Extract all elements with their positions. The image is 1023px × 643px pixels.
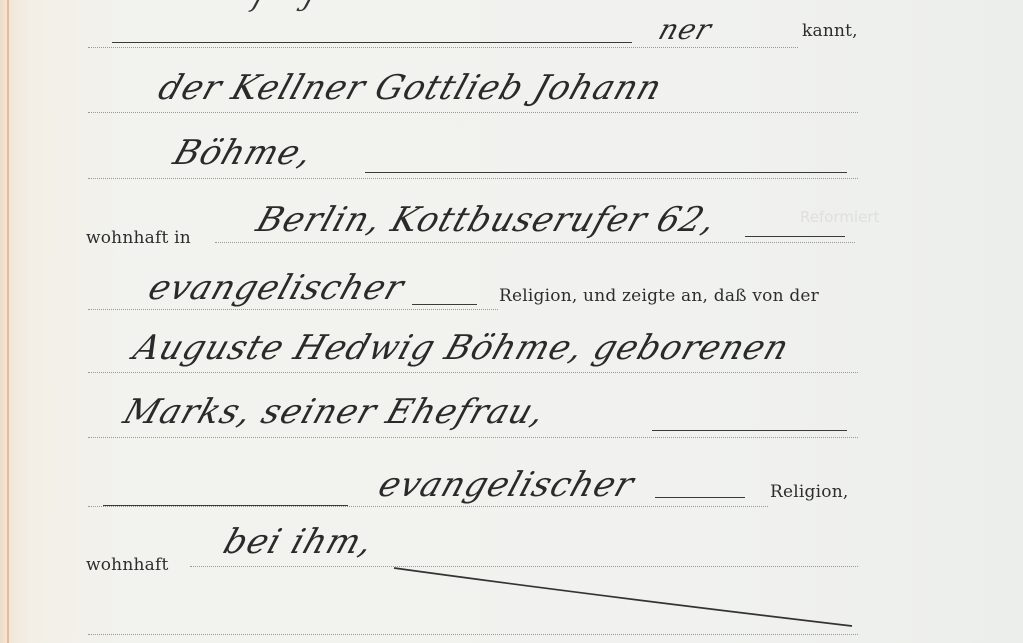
page-edge [7,0,9,643]
dotted-line-1 [88,47,798,48]
dotted-line-8 [88,506,768,507]
handwriting-religion-mother: evangelischer [374,465,640,505]
handwriting-top-fragment: ſ ƒ [250,0,323,13]
strike-rule-7 [652,430,847,431]
printed-kannt: kannt, [802,21,858,41]
handwriting-religion-father: evangelischer [144,268,410,308]
printed-religion-line: Religion, und zeigte an, daß von der [499,286,819,306]
strike-rule-3 [365,172,847,173]
handwriting-residence: bei ihm, [219,522,379,562]
handwriting-ner: ner [655,13,717,46]
document-page: ſ ƒ ner kannt, der Kellner Gottlieb Joha… [0,0,1023,643]
strike-rule-5 [412,304,477,305]
handwriting-mother-name: Auguste Hedwig Böhme, geborenen [129,328,795,368]
dotted-line-5 [88,309,498,310]
printed-wohnhaft-in: wohnhaft in [86,228,191,248]
dotted-line-4 [215,242,855,243]
dotted-line-6 [88,372,858,373]
handwriting-address: Berlin, Kottbuserufer 62, [252,200,722,240]
printed-wohnhaft: wohnhaft [86,555,169,575]
bleedthrough-text: Reformiert [800,208,879,226]
strike-rule-4 [745,236,845,237]
handwriting-father-surname: Böhme, [169,133,319,173]
dotted-line-10 [88,634,858,635]
dotted-line-7 [88,437,858,438]
diagonal-strike-line [390,560,860,630]
strike-rule-8a [103,505,348,506]
dotted-line-2 [88,112,858,113]
dotted-line-3 [88,178,858,179]
handwriting-father-name: der Kellner Gottlieb Johann [154,68,668,108]
handwriting-mother-maiden: Marks, seiner Ehefrau, [119,392,551,432]
strike-rule-1 [112,42,632,43]
printed-religion: Religion, [770,482,848,502]
strike-rule-8b [655,497,745,498]
